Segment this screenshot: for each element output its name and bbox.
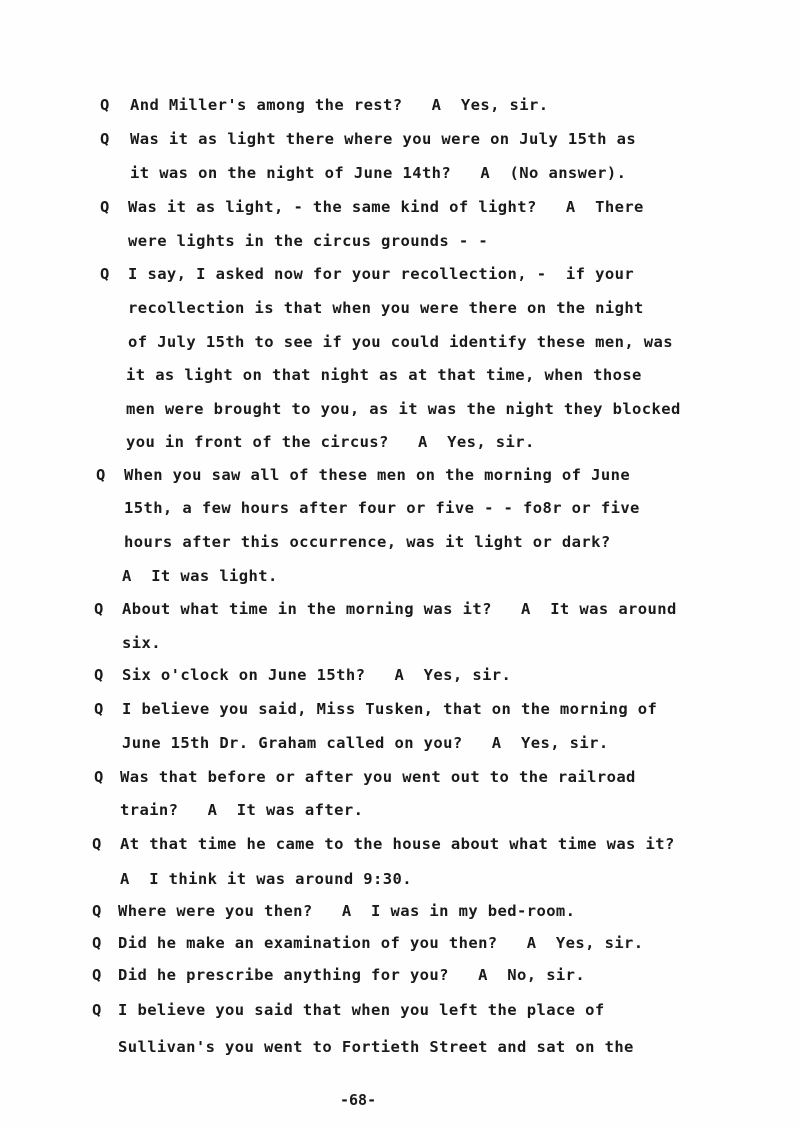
transcript-line: hours after this occurrence, was it ligh… bbox=[124, 533, 611, 551]
transcript-line: it as light on that night as at that tim… bbox=[126, 366, 642, 384]
transcript-line: Was that before or after you went out to… bbox=[120, 768, 636, 786]
speaker-marker: Q bbox=[94, 666, 104, 684]
transcript-line: A It was light. bbox=[122, 567, 278, 585]
transcript-line: Was it as light there where you were on … bbox=[130, 130, 636, 148]
speaker-marker: Q bbox=[100, 130, 110, 148]
transcript-line: Sullivan's you went to Fortieth Street a… bbox=[118, 1038, 634, 1056]
transcript-line: six. bbox=[122, 634, 161, 652]
speaker-marker: Q bbox=[92, 835, 102, 853]
transcript-line: of July 15th to see if you could identif… bbox=[128, 333, 673, 351]
transcript-line: When you saw all of these men on the mor… bbox=[124, 466, 630, 484]
transcript-line: recollection is that when you were there… bbox=[128, 299, 644, 317]
speaker-marker: Q bbox=[92, 902, 102, 920]
transcript-line: I believe you said, Miss Tusken, that on… bbox=[122, 700, 657, 718]
transcript-line: Did he make an examination of you then? … bbox=[118, 934, 644, 952]
transcript-line: it was on the night of June 14th? A (No … bbox=[130, 164, 626, 182]
speaker-marker: Q bbox=[94, 700, 104, 718]
speaker-marker: Q bbox=[100, 96, 110, 114]
transcript-line: And Miller's among the rest? A Yes, sir. bbox=[130, 96, 548, 114]
transcript-line: At that time he came to the house about … bbox=[120, 835, 675, 853]
transcript-line: I believe you said that when you left th… bbox=[118, 1001, 605, 1019]
transcript-line: you in front of the circus? A Yes, sir. bbox=[126, 433, 535, 451]
speaker-marker: Q bbox=[96, 466, 106, 484]
transcript-line: men were brought to you, as it was the n… bbox=[126, 400, 681, 418]
transcript-line: train? A It was after. bbox=[120, 801, 363, 819]
transcript-line: Did he prescribe anything for you? A No,… bbox=[118, 966, 585, 984]
speaker-marker: Q bbox=[92, 966, 102, 984]
transcript-line: I say, I asked now for your recollection… bbox=[128, 265, 634, 283]
speaker-marker: Q bbox=[100, 198, 110, 216]
speaker-marker: Q bbox=[94, 768, 104, 786]
speaker-marker: Q bbox=[92, 934, 102, 952]
transcript-line: 15th, a few hours after four or five - -… bbox=[124, 499, 640, 517]
speaker-marker: Q bbox=[94, 600, 104, 618]
speaker-marker: Q bbox=[92, 1001, 102, 1019]
transcript-page: QAnd Miller's among the rest? A Yes, sir… bbox=[0, 0, 800, 1126]
transcript-line: A I think it was around 9:30. bbox=[120, 870, 412, 888]
transcript-line: Six o'clock on June 15th? A Yes, sir. bbox=[122, 666, 511, 684]
page-number: -68- bbox=[340, 1091, 376, 1109]
transcript-line: About what time in the morning was it? A… bbox=[122, 600, 677, 618]
transcript-line: Was it as light, - the same kind of ligh… bbox=[128, 198, 644, 216]
transcript-line: June 15th Dr. Graham called on you? A Ye… bbox=[122, 734, 609, 752]
transcript-line: Where were you then? A I was in my bed-r… bbox=[118, 902, 575, 920]
speaker-marker: Q bbox=[100, 265, 110, 283]
transcript-line: were lights in the circus grounds - - bbox=[128, 232, 488, 250]
